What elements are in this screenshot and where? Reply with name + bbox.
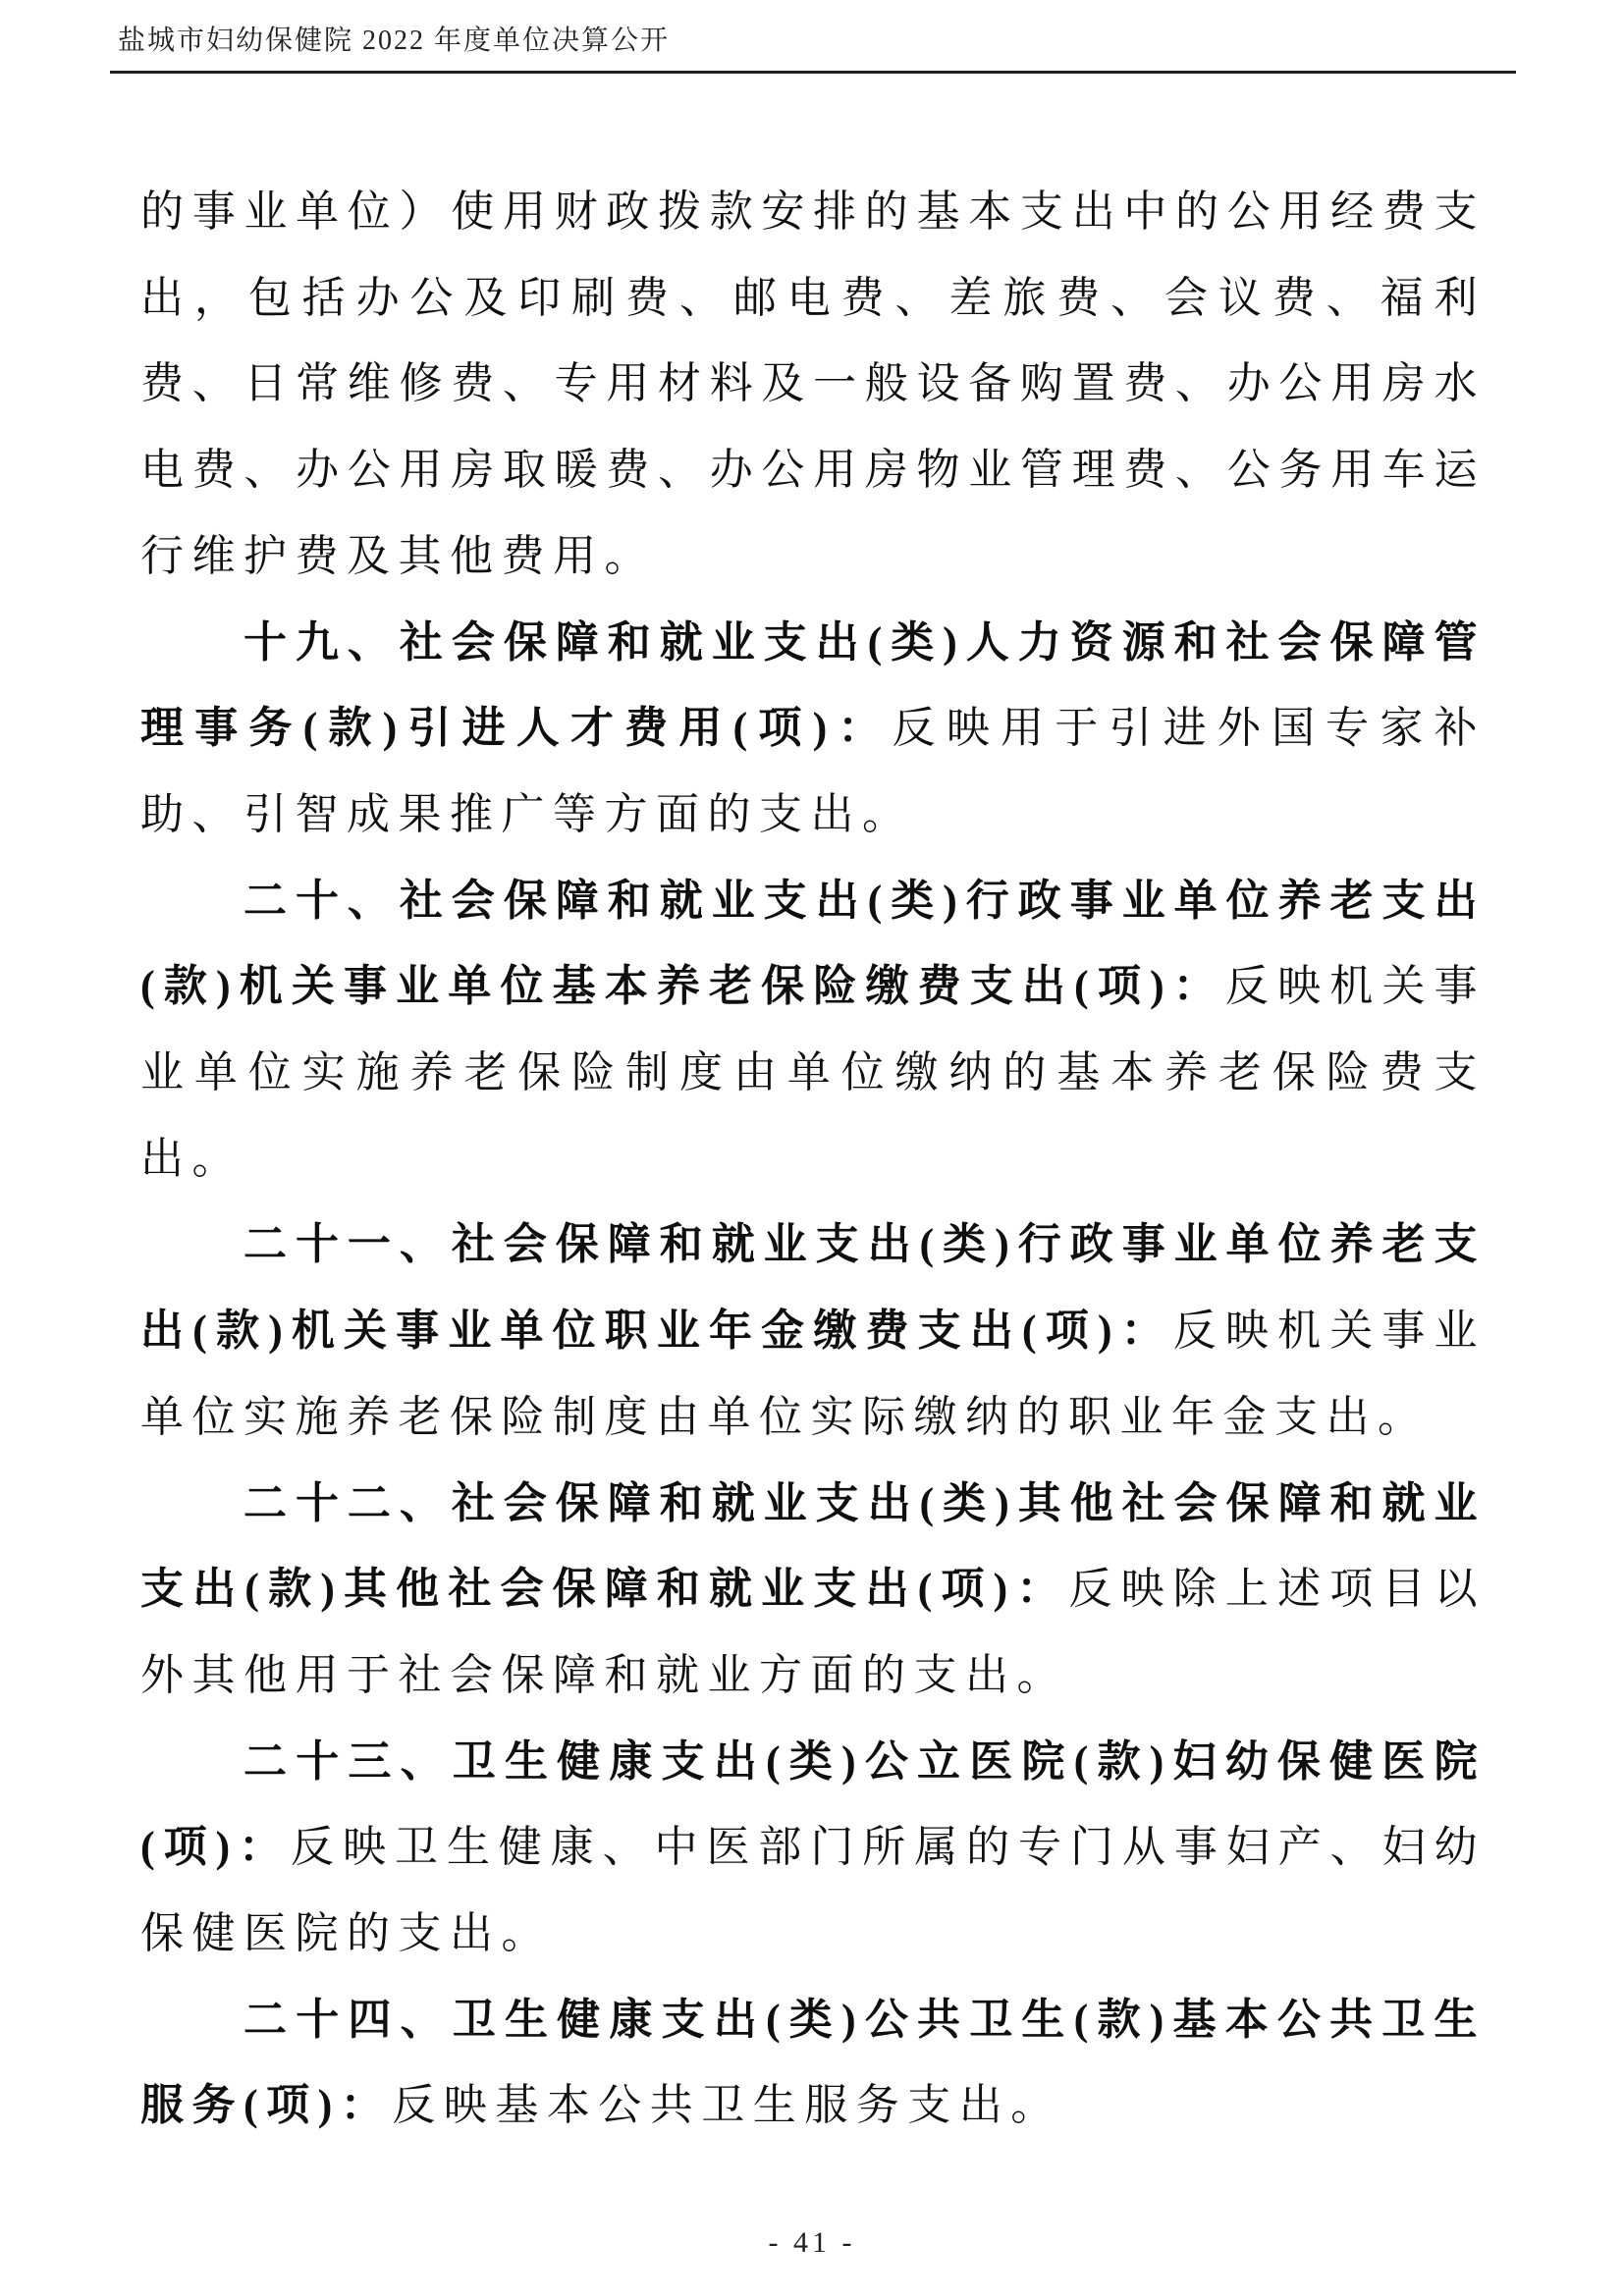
document-body: 的事业单位）使用财政拨款安排的基本支出中的公用经费支出，包括办公及印刷费、邮电费…	[140, 169, 1486, 2149]
paragraph-item-19: 十九、社会保障和就业支出(类)人力资源和社会保障管理事务(款)引进人才费用(项)…	[140, 600, 1486, 858]
paragraph-text: 的事业单位）使用财政拨款安排的基本支出中的公用经费支出，包括办公及印刷费、邮电费…	[140, 187, 1486, 580]
paragraph-item-21: 二十一、社会保障和就业支出(类)行政事业单位养老支出(款)机关事业单位职业年金缴…	[140, 1201, 1486, 1460]
document-header-title: 盐城市妇幼保健院 2022 年度单位决算公开	[118, 22, 670, 61]
paragraph-item-23: 二十三、卫生健康支出(类)公立医院(款)妇幼保健医院(项)：反映卫生健康、中医部…	[140, 1719, 1486, 1977]
paragraph-text: 反映卫生健康、中医部门所属的专门从事妇产、妇幼保健医院的支出。	[140, 1823, 1486, 1957]
paragraph-text: 反映基本公共卫生服务支出。	[392, 2081, 1062, 2129]
paragraph-item-20: 二十、社会保障和就业支出(类)行政事业单位养老支出(款)机关事业单位基本养老保险…	[140, 858, 1486, 1202]
paragraph-item-22: 二十二、社会保障和就业支出(类)其他社会保障和就业支出(款)其他社会保障和就业支…	[140, 1461, 1486, 1719]
paragraph-item-24: 二十四、卫生健康支出(类)公共卫生(款)基本公共卫生服务(项)：反映基本公共卫生…	[140, 1977, 1486, 2149]
header-rule-divider	[110, 71, 1516, 74]
paragraph-continuation: 的事业单位）使用财政拨款安排的基本支出中的公用经费支出，包括办公及印刷费、邮电费…	[140, 169, 1486, 600]
page-number: - 41 -	[0, 2226, 1624, 2260]
document-page: 盐城市妇幼保健院 2022 年度单位决算公开 的事业单位）使用财政拨款安排的基本…	[0, 0, 1624, 2296]
